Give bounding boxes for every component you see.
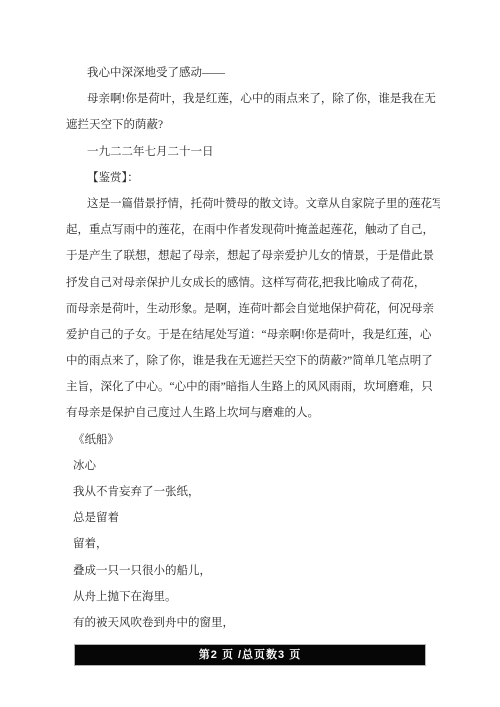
text-line: 于是产生了联想，想起了母亲，想起了母亲爱护儿女的情景，于是借此景 xyxy=(66,243,440,269)
poem-line: 有的被天风吹卷到舟中的窗里， xyxy=(66,610,440,636)
document-page: 我心中深深地受了感动—— 母亲啊!你是荷叶，我是红莲，心中的雨点来了，除了你，谁… xyxy=(0,0,500,707)
poem-title: 《纸船》 xyxy=(66,427,440,453)
text-line: 母亲啊!你是荷叶，我是红莲，心中的雨点来了，除了你，谁是我在无 xyxy=(66,86,440,112)
document-body: 我心中深深地受了感动—— 母亲啊!你是荷叶，我是红莲，心中的雨点来了，除了你，谁… xyxy=(66,60,440,636)
poem-author: 冰心 xyxy=(66,453,440,479)
text-line: 抒发自己对母亲保护儿女成长的感情。这样写荷花,把我比喻成了荷花， xyxy=(66,270,440,296)
text-line: 有母亲是保护自己度过人生路上坎坷与磨难的人。 xyxy=(66,400,440,426)
page-indicator: 第2 页 /总页数3 页 xyxy=(199,649,301,661)
text-line: 一九二二年七月二十一日 xyxy=(66,139,440,165)
text-line: 我心中深深地受了感动—— xyxy=(66,60,440,86)
section-heading: 【鉴赏】： xyxy=(66,165,440,191)
page-number-bar: 第2 页 /总页数3 页 xyxy=(74,644,426,666)
text-line: 遮拦天空下的荫蔽? xyxy=(66,112,440,138)
text-line: 而母亲是荷叶，生动形象。是啊，连荷叶都会自觉地保护荷花，何况母亲 xyxy=(66,296,440,322)
text-line: 爱护自己的子女。于是在结尾处写道：“母亲啊!你是荷叶，我是红莲，心 xyxy=(66,322,440,348)
poem-line: 叠成一只一只很小的船儿， xyxy=(66,558,440,584)
text-line: 中的雨点来了，除了你，谁是我在无遮拦天空下的荫蔽?”简单几笔点明了 xyxy=(66,348,440,374)
poem-line: 我从不肯妄弃了一张纸， xyxy=(66,479,440,505)
text-line: 起，重点写雨中的莲花，在雨中作者发现荷叶掩盖起莲花，触动了自己， xyxy=(66,217,440,243)
poem-line: 总是留着 xyxy=(66,505,440,531)
text-line: 这是一篇借景抒情，托荷叶赞母的散文诗。文章从自家院子里的莲花写 xyxy=(66,191,440,217)
poem-line: 留着， xyxy=(66,531,440,557)
text-line: 主旨，深化了中心。“心中的雨”暗指人生路上的风风雨雨，坎坷磨难，只 xyxy=(66,374,440,400)
poem-line: 从舟上抛下在海里。 xyxy=(66,584,440,610)
